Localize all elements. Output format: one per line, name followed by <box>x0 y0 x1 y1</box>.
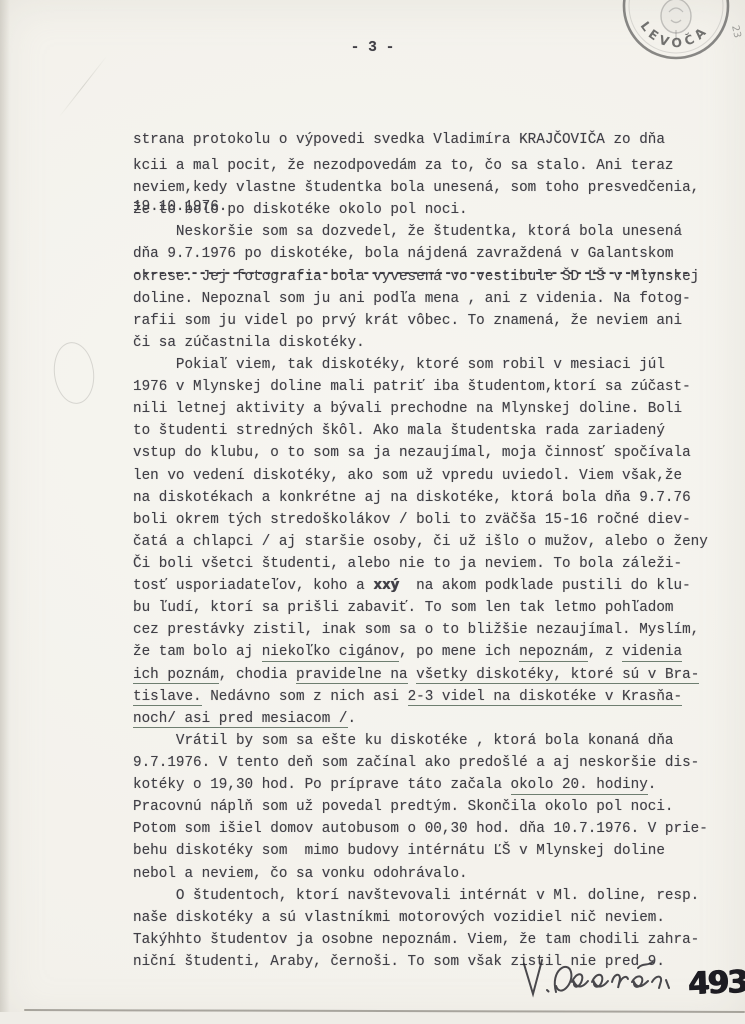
typed-text: nebol a neviem, čo sa vonku odohrávalo. <box>133 866 468 882</box>
typed-text: vstup do klubu, o to som sa ja nezaujíma… <box>133 445 691 461</box>
text-line: kcii a mal pocit, že nezodpovedám za to,… <box>133 155 733 177</box>
text-line: či sa zúčastnila diskotéky. <box>133 332 733 354</box>
text-line: kotéky o 19,30 hod. Po príprave táto zač… <box>133 774 733 796</box>
text-line: nebol a neviem, čo sa vonku odohrávalo. <box>133 863 733 885</box>
typed-text: okrese. Jej fotografia bola vyvesená vo … <box>133 269 699 285</box>
text-line: Pokiaľ viem, tak diskotéky, ktoré som ro… <box>133 354 733 376</box>
text-line: doline. Nepoznal som ju ani podľa mena ,… <box>133 288 733 310</box>
margin-ring-mark <box>50 340 97 406</box>
typed-text: , po mene ich <box>399 644 519 660</box>
text-line: 1976 v Mlynskej doline mali patriť iba š… <box>133 376 733 398</box>
text-line: že tam bolo aj niekoľko cigánov, po mene… <box>133 641 733 663</box>
stamp-side-mark: 23 <box>729 24 742 39</box>
typed-text <box>408 667 417 683</box>
typed-text: cez prestávky zistil, inak som sa o to b… <box>133 622 699 638</box>
text-line: Neskoršie som sa dozvedel, že študentka,… <box>133 221 733 243</box>
typed-text: Takýhhto študentov ja osobne nepoznám. V… <box>133 932 699 948</box>
text-line: 9.7.1976. V tento deň som začínal ako pr… <box>133 752 733 774</box>
typed-text: nili letnej aktivity a bývali prechodne … <box>133 401 682 417</box>
text-line: naše diskotéky a sú vlastníkmi motorovýc… <box>133 907 733 929</box>
typed-text: naše diskotéky a sú vlastníkmi motorovýc… <box>133 910 665 926</box>
underlined-text: tislave. <box>133 689 202 707</box>
underlined-text: noch/ asi pred mesiacom / <box>133 711 348 729</box>
overstruck-text: xxý <box>373 578 399 594</box>
typed-text: že to bolo po diskotéke okolo pol noci. <box>133 202 468 218</box>
text-line: rafii som ju videl po prvý krát vôbec. T… <box>133 310 733 332</box>
signature <box>516 952 716 1010</box>
text-line: ich poznám, chodia pravidelne na všetky … <box>133 664 733 686</box>
text-line: Či boli všetci študenti, alebo nie to ja… <box>133 553 733 575</box>
typed-text: boli okrem tých stredoškolákov / boli to… <box>133 512 691 528</box>
header-line-1: strana protokolu o výpovedi svedka Vladi… <box>133 129 733 151</box>
typed-text: či sa zúčastnila diskotéky. <box>133 335 365 351</box>
typed-text: Pokiaľ viem, tak diskotéky, ktoré som ro… <box>133 357 665 373</box>
typed-text: rafii som ju videl po prvý krát vôbec. T… <box>133 313 682 329</box>
text-line: na diskotékach a konkrétne aj na diskoté… <box>133 487 733 509</box>
text-line: to študenti stredných škôl. Ako mala štu… <box>133 420 733 442</box>
typed-text: dňa 9.7.1976 po diskotéke, bola nájdená … <box>133 246 674 262</box>
text-line: noch/ asi pred mesiacom /. <box>133 708 733 730</box>
typed-text: kotéky o 19,30 hod. Po príprave táto zač… <box>133 777 511 793</box>
typed-text: . <box>648 777 657 793</box>
page-number: - 3 - <box>0 40 745 56</box>
underlined-text: niekoľko cigánov <box>262 644 399 662</box>
text-line: Potom som išiel domov autobusom o 00,30 … <box>133 818 733 840</box>
typed-text: neviem,kedy vlastne študentka bola unese… <box>133 180 699 196</box>
text-line: bu ľudí, ktorí sa prišli zabaviť. To som… <box>133 597 733 619</box>
typed-text: Neskoršie som sa dozvedel, že študentka,… <box>133 224 682 240</box>
underlined-text: všetky diskotéky, ktoré sú v Bra- <box>416 667 699 685</box>
typed-text: tosť usporiadateľov, koho a <box>133 578 373 594</box>
typed-text: Potom som išiel domov autobusom o 00,30 … <box>133 821 708 837</box>
underlined-text: videnia <box>622 644 682 662</box>
typed-text: čatá a chlapci / aj staršie osoby, či už… <box>133 534 708 550</box>
typed-text: , chodia <box>219 667 296 683</box>
text-line: Pracovnú náplň som už povedal predtým. S… <box>133 796 733 818</box>
document-lines: kcii a mal pocit, že nezodpovedám za to,… <box>133 155 733 973</box>
text-line: tosť usporiadateľov, koho a xxý na akom … <box>133 575 733 597</box>
typed-text: Či boli všetci študenti, alebo nie to ja… <box>133 556 682 572</box>
typed-text: na akom podklade pustili do klu- <box>399 578 691 594</box>
underlined-text: ich poznám <box>133 667 219 685</box>
typed-text: 1976 v Mlynskej doline mali patriť iba š… <box>133 379 691 395</box>
paper-crease <box>59 55 108 117</box>
text-line: neviem,kedy vlastne študentka bola unese… <box>133 177 733 199</box>
text-line: čatá a chlapci / aj staršie osoby, či už… <box>133 531 733 553</box>
typed-text: že tam bolo aj <box>133 644 262 660</box>
scanned-document-page: LEVOČA 23 - 3 - strana protokolu o výpov… <box>0 0 745 1024</box>
underlined-text: 2-3 videl na diskotéke v Krasňa- <box>408 689 683 707</box>
typed-text: , z <box>588 644 622 660</box>
typed-text: O študentoch, ktorí navštevovali intérná… <box>133 888 699 904</box>
typed-text: kcii a mal pocit, že nezodpovedám za to,… <box>133 158 674 174</box>
text-line: že to bolo po diskotéke okolo pol noci. <box>133 199 733 221</box>
text-line: okrese. Jej fotografia bola vyvesená vo … <box>133 266 733 288</box>
typed-text: behu diskotéky som mimo budovy intérnátu… <box>133 843 665 859</box>
page-marker-number: 493 <box>687 964 745 1002</box>
text-line: cez prestávky zistil, inak som sa o to b… <box>133 619 733 641</box>
text-line: vstup do klubu, o to som sa ja nezaujíma… <box>133 442 733 464</box>
typed-text: . <box>348 711 357 727</box>
typed-text: Pracovnú náplň som už povedal predtým. S… <box>133 799 674 815</box>
text-line: tislave. Nedávno som z nich asi 2-3 vide… <box>133 686 733 708</box>
typed-text: bu ľudí, ktorí sa prišli zabaviť. To som… <box>133 600 674 616</box>
typed-text: len vo vedení diskotéky, ako som už vpre… <box>133 468 682 484</box>
text-line: nili letnej aktivity a bývali prechodne … <box>133 398 733 420</box>
text-line: dňa 9.7.1976 po diskotéke, bola nájdená … <box>133 243 733 265</box>
text-line: boli okrem tých stredoškolákov / boli to… <box>133 509 733 531</box>
typed-text: 9.7.1976. V tento deň som začínal ako pr… <box>133 755 699 771</box>
text-line: Vrátil by som sa ešte ku diskotéke , kto… <box>133 730 733 752</box>
underlined-text: pravidelne na <box>296 667 408 685</box>
text-line: behu diskotéky som mimo budovy intérnátu… <box>133 840 733 862</box>
levoca-round-stamp: LEVOČA 23 <box>613 0 745 78</box>
typed-text: Vrátil by som sa ešte ku diskotéke , kto… <box>133 733 674 749</box>
stamp-emblem <box>661 0 691 33</box>
scan-left-edge <box>0 0 10 1024</box>
underlined-text: okolo 20. hodiny <box>511 777 648 795</box>
typed-text: to študenti stredných škôl. Ako mala štu… <box>133 423 665 439</box>
text-line: O študentoch, ktorí navštevovali intérná… <box>133 885 733 907</box>
scan-bottom-edge <box>0 1012 745 1024</box>
text-line: len vo vedení diskotéky, ako som už vpre… <box>133 465 733 487</box>
typed-text: doline. Nepoznal som ju ani podľa mena ,… <box>133 291 691 307</box>
underlined-text: nepoznám <box>519 644 588 662</box>
text-line: Takýhhto študentov ja osobne nepoznám. V… <box>133 929 733 951</box>
typed-text: Nedávno som z nich asi <box>202 689 408 705</box>
typed-text: na diskotékach a konkrétne aj na diskoté… <box>133 490 691 506</box>
